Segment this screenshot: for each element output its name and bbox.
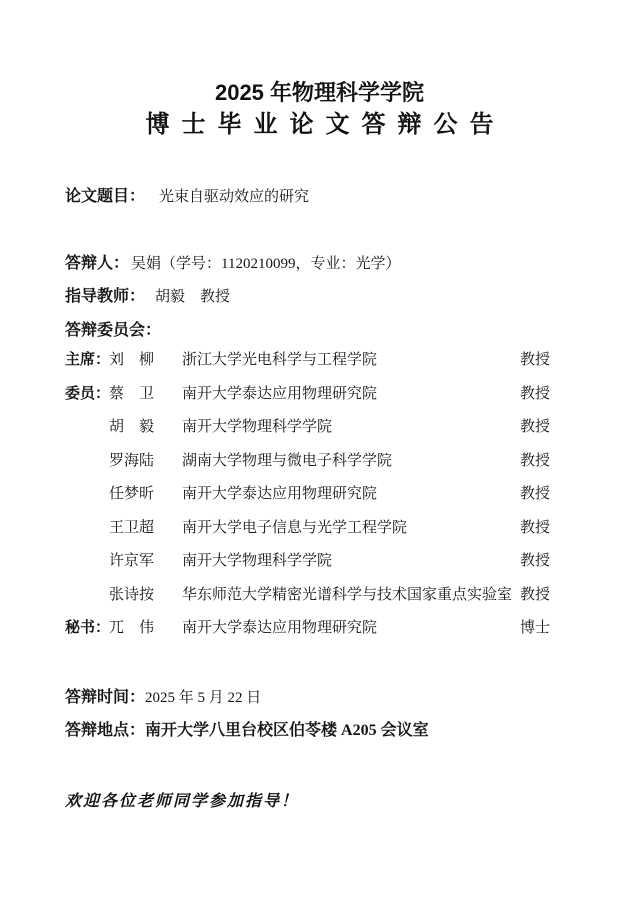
committee-row-member: 王卫超 南开大学电子信息与光学工程学院 教授 bbox=[65, 516, 574, 550]
committee-member-name: 刘 柳 bbox=[109, 348, 182, 369]
advisor-row: 指导教师：胡毅 教授 bbox=[65, 283, 230, 306]
announcement-page: 2025 年物理科学学院 博士毕业论文答辩公告 论文题目：光束自驱动效应的研究 … bbox=[0, 0, 639, 904]
committee-member-affiliation: 南开大学泰达应用物理研究院 bbox=[182, 616, 520, 637]
committee-member-name: 任梦昕 bbox=[109, 482, 182, 503]
committee-member-title: 教授 bbox=[520, 415, 574, 436]
committee-row-chair: 主席： 刘 柳 浙江大学光电科学与工程学院 教授 bbox=[65, 348, 574, 382]
committee-member-title: 博士 bbox=[520, 616, 574, 637]
defense-place-label: 答辩地点： bbox=[65, 722, 145, 739]
defense-place-row: 答辩地点：南开大学八里台校区伯苓楼 A205 会议室 bbox=[65, 717, 429, 740]
committee-row-member: 罗海陆 湖南大学物理与微电子科学学院 教授 bbox=[65, 449, 574, 483]
welcome-note-text: 欢迎各位老师同学参加指导！ bbox=[65, 793, 299, 810]
committee-member-name: 王卫超 bbox=[109, 516, 182, 537]
candidate-row: 答辩人：吴娟（学号：1120210099，专业：光学） bbox=[65, 250, 400, 273]
candidate-value: 吴娟（学号：1120210099，专业：光学） bbox=[131, 256, 400, 272]
defense-time-row: 答辩时间：2025 年 5 月 22 日 bbox=[65, 684, 261, 707]
thesis-title-value: 光束自驱动效应的研究 bbox=[159, 189, 309, 205]
defense-time-label: 答辩时间： bbox=[65, 689, 145, 706]
defense-time-value: 2025 年 5 月 22 日 bbox=[145, 690, 261, 706]
committee-member-affiliation: 南开大学泰达应用物理研究院 bbox=[182, 382, 520, 403]
committee-row-member: 任梦昕 南开大学泰达应用物理研究院 教授 bbox=[65, 482, 574, 516]
committee-member-name: 蔡 卫 bbox=[109, 382, 182, 403]
committee-heading: 答辩委员会： bbox=[65, 317, 161, 340]
advisor-value: 胡毅 教授 bbox=[155, 289, 230, 305]
page-title-line2-text: 博士毕业论文答辩公告 bbox=[146, 111, 506, 138]
welcome-note-row: 欢迎各位老师同学参加指导！ bbox=[65, 788, 299, 811]
committee-member-affiliation: 南开大学电子信息与光学工程学院 bbox=[182, 516, 520, 537]
thesis-title-row: 论文题目：光束自驱动效应的研究 bbox=[65, 183, 309, 206]
committee-member-name: 许京军 bbox=[109, 549, 182, 570]
committee-list: 主席： 刘 柳 浙江大学光电科学与工程学院 教授 委员： 蔡 卫 南开大学泰达应… bbox=[65, 348, 574, 650]
committee-member-affiliation: 南开大学泰达应用物理研究院 bbox=[182, 482, 520, 503]
page-title-line2: 博士毕业论文答辩公告 bbox=[0, 110, 639, 140]
committee-member-affiliation: 南开大学物理科学学院 bbox=[182, 549, 520, 570]
defense-place-value: 南开大学八里台校区伯苓楼 A205 会议室 bbox=[145, 722, 429, 739]
thesis-title-label: 论文题目： bbox=[65, 188, 145, 205]
committee-member-title: 教授 bbox=[520, 482, 574, 503]
committee-row-member: 张诗按 华东师范大学精密光谱科学与技术国家重点实验室 教授 bbox=[65, 583, 574, 617]
committee-row-member: 许京军 南开大学物理科学学院 教授 bbox=[65, 549, 574, 583]
committee-member-affiliation: 南开大学物理科学学院 bbox=[182, 415, 520, 436]
committee-member-name: 兀 伟 bbox=[109, 616, 182, 637]
committee-row-member: 委员： 蔡 卫 南开大学泰达应用物理研究院 教授 bbox=[65, 382, 574, 416]
advisor-label: 指导教师： bbox=[65, 288, 145, 305]
committee-role: 秘书： bbox=[65, 616, 109, 637]
committee-member-title: 教授 bbox=[520, 449, 574, 470]
committee-member-title: 教授 bbox=[520, 382, 574, 403]
committee-member-title: 教授 bbox=[520, 549, 574, 570]
committee-member-title: 教授 bbox=[520, 583, 574, 604]
committee-member-affiliation: 华东师范大学精密光谱科学与技术国家重点实验室 bbox=[182, 583, 520, 604]
committee-member-affiliation: 湖南大学物理与微电子科学学院 bbox=[182, 449, 520, 470]
page-title-line1: 2025 年物理科学学院 bbox=[0, 80, 639, 106]
committee-member-title: 教授 bbox=[520, 348, 574, 369]
committee-row-member: 胡 毅 南开大学物理科学学院 教授 bbox=[65, 415, 574, 449]
committee-row-secretary: 秘书： 兀 伟 南开大学泰达应用物理研究院 博士 bbox=[65, 616, 574, 650]
committee-member-title: 教授 bbox=[520, 516, 574, 537]
committee-member-name: 胡 毅 bbox=[109, 415, 182, 436]
committee-member-affiliation: 浙江大学光电科学与工程学院 bbox=[182, 348, 520, 369]
committee-role: 委员： bbox=[65, 382, 109, 403]
candidate-label: 答辩人： bbox=[65, 255, 129, 272]
committee-heading-label: 答辩委员会： bbox=[65, 322, 161, 339]
committee-member-name: 罗海陆 bbox=[109, 449, 182, 470]
committee-role: 主席： bbox=[65, 348, 109, 369]
committee-member-name: 张诗按 bbox=[109, 583, 182, 604]
